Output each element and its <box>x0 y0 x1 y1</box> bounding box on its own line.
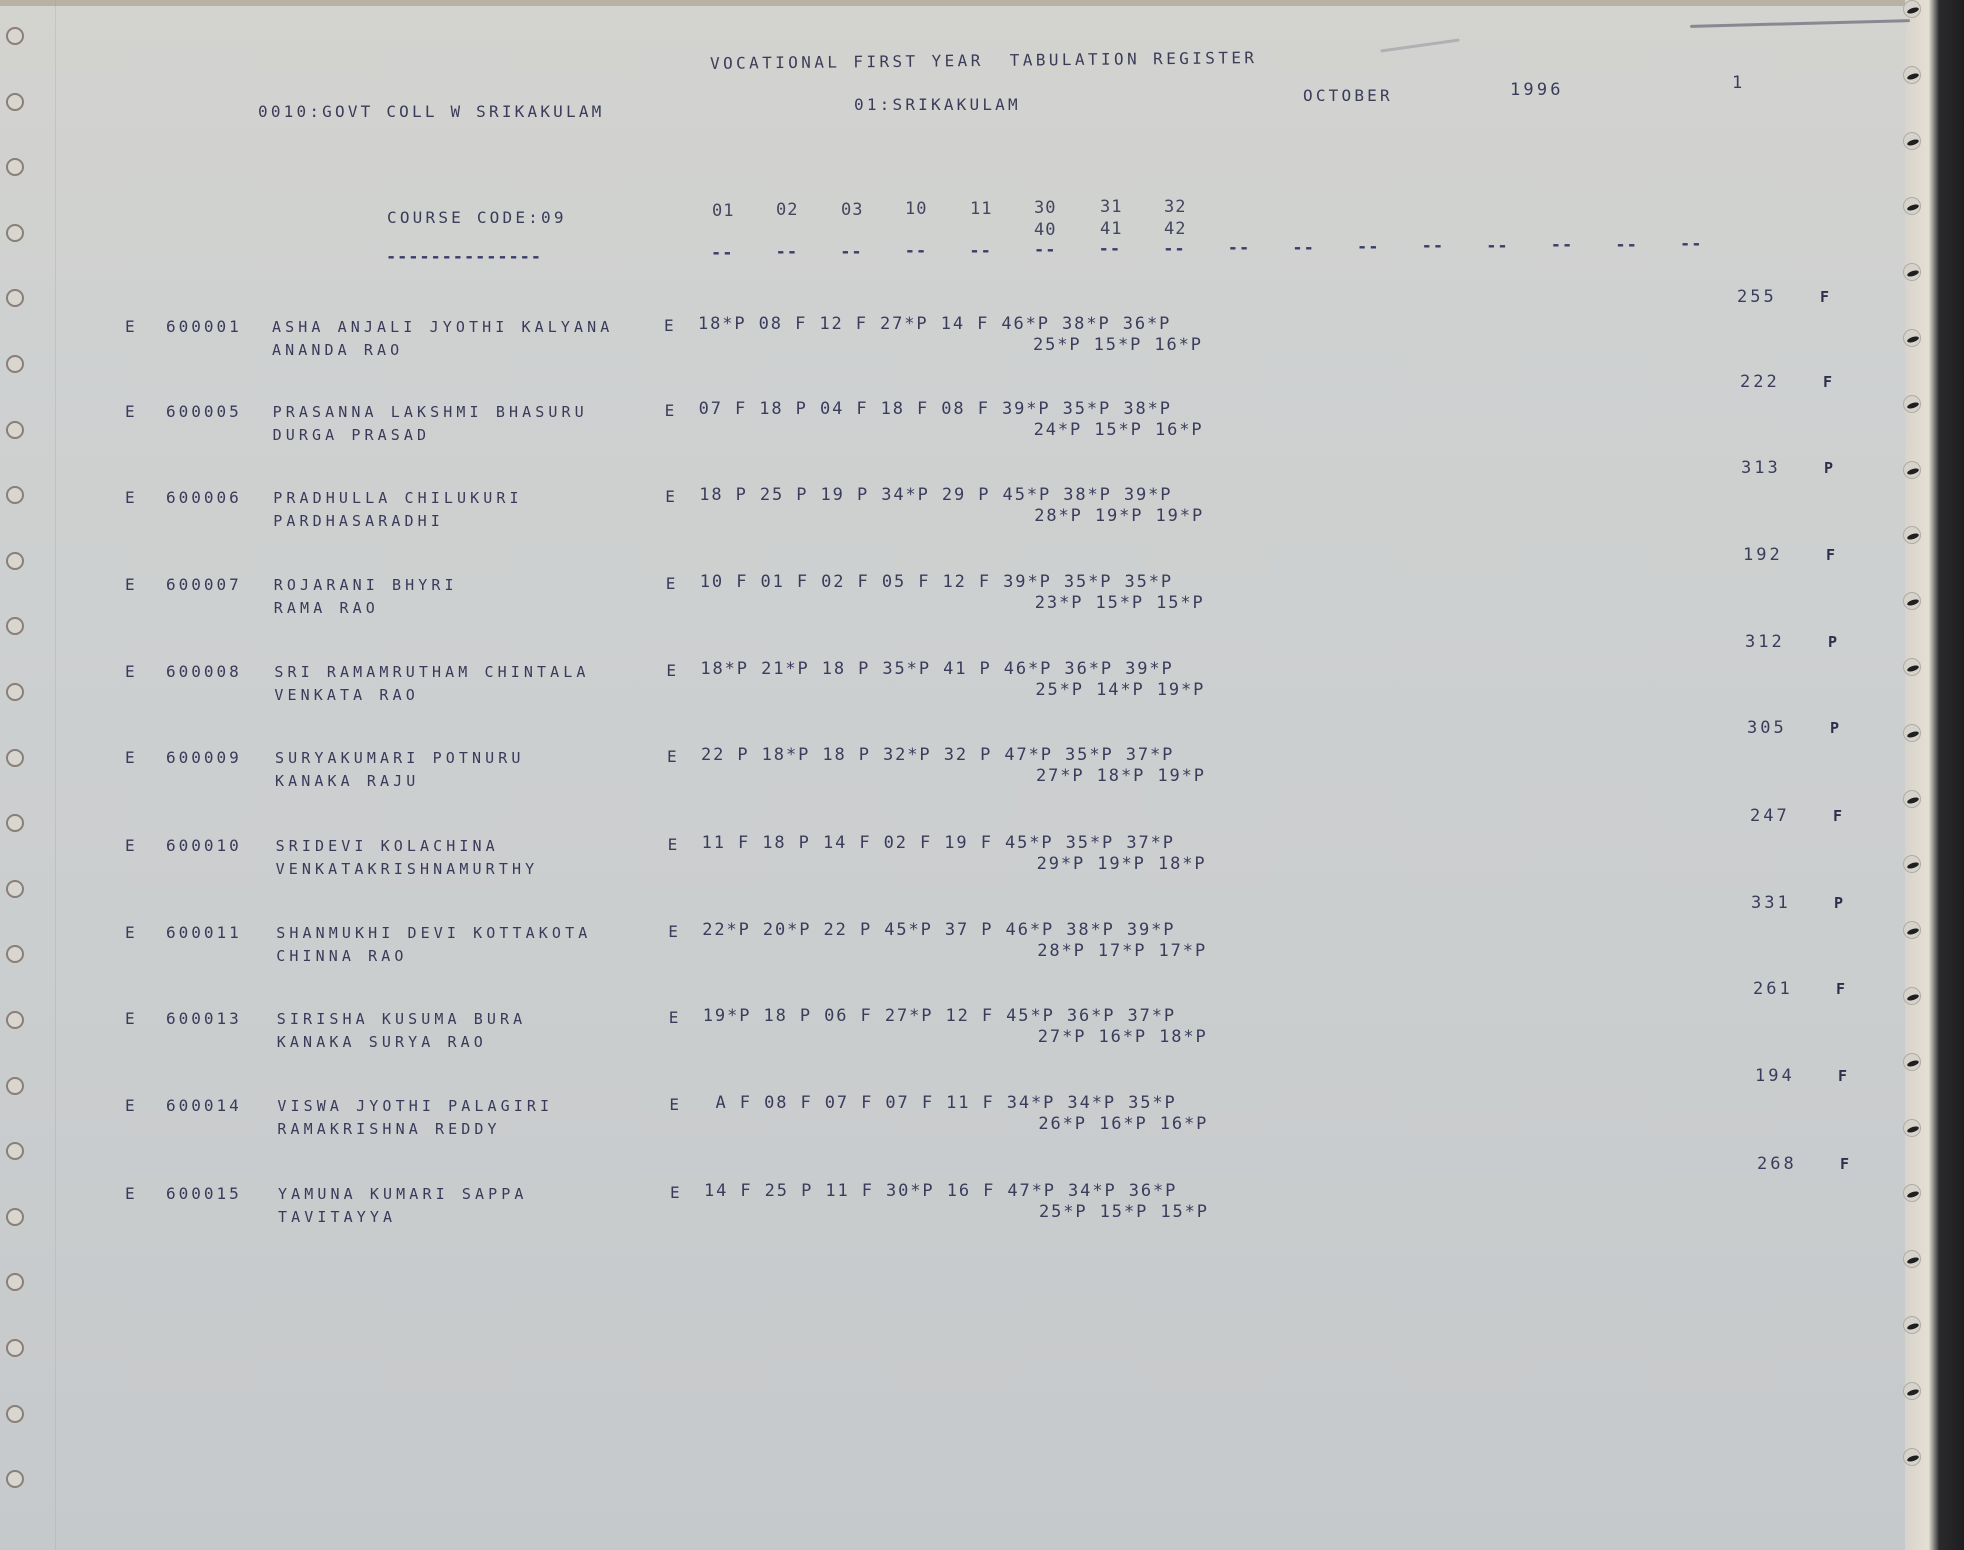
subject-marks-line2: 25*P 14*P 19*P <box>1035 681 1205 699</box>
sprocket-hole-icon <box>1903 1053 1921 1071</box>
total-marks: 331 <box>1751 894 1791 912</box>
student-name-line2: KANAKA RAJU <box>275 772 419 790</box>
subject-marks-line1: 22*P 20*P 22 P 45*P 37 P 46*P 38*P 39*P <box>702 921 1175 939</box>
total-marks: 247 <box>1750 807 1790 825</box>
roll-number: 600010 <box>166 837 242 855</box>
column-separator: -- <box>1615 236 1637 254</box>
sprocket-hole-icon <box>6 355 24 373</box>
student-name-line1: SHANMUKHI DEVI KOTTAKOTA <box>276 924 591 942</box>
student-name-line1: SRI RAMAMRUTHAM CHINTALA <box>274 663 589 681</box>
sprocket-hole-icon <box>1903 987 1921 1005</box>
student-category: E <box>125 837 138 855</box>
sprocket-hole-icon <box>6 93 24 111</box>
subject-code: 31 <box>1100 198 1122 216</box>
subject-marks-line2: 25*P 15*P 15*P <box>1039 1203 1209 1221</box>
paper-top-edge <box>0 0 1905 6</box>
roll-number: 600007 <box>166 576 242 594</box>
course-code: COURSE CODE:09 <box>387 209 567 227</box>
student-name-line1: SIRISHA KUSUMA BURA <box>277 1010 526 1028</box>
medium-code: E <box>670 1184 683 1202</box>
student-category: E <box>125 1097 138 1115</box>
result-status: F <box>1820 288 1832 306</box>
sprocket-hole-icon <box>1903 329 1921 347</box>
total-marks: 312 <box>1745 633 1785 651</box>
sprocket-hole-icon <box>1903 658 1921 676</box>
medium-code: E <box>664 317 677 335</box>
student-name-line1: SURYAKUMARI POTNURU <box>275 749 524 767</box>
subject-marks-line1: 14 F 25 P 11 F 30*P 16 F 47*P 34*P 36*P <box>704 1182 1177 1200</box>
result-status: F <box>1836 980 1848 998</box>
student-name-line2: PARDHASARADHI <box>273 512 444 530</box>
student-name-line1: PRASANNA LAKSHMI BHASURU <box>273 403 588 421</box>
student-name-line1: VISWA JYOTHI PALAGIRI <box>277 1097 553 1115</box>
course-code-underline: -------------- <box>386 248 542 266</box>
medium-code: E <box>665 402 678 420</box>
subject-marks-line1: 18*P 08 F 12 F 27*P 14 F 46*P 38*P 36*P <box>698 315 1171 333</box>
subject-code: 02 <box>776 201 798 219</box>
roll-number: 600013 <box>166 1010 242 1028</box>
result-status: F <box>1823 373 1835 391</box>
subject-marks-line1: 18 P 25 P 19 P 34*P 29 P 45*P 38*P 39*P <box>699 486 1172 504</box>
exam-year: 1996 <box>1510 81 1564 99</box>
result-status: P <box>1834 894 1846 912</box>
subject-code: 11 <box>970 200 992 218</box>
student-category: E <box>125 318 138 336</box>
sprocket-hole-icon <box>1903 66 1921 84</box>
student-category: E <box>125 749 138 767</box>
sprocket-hole-icon <box>6 1077 24 1095</box>
column-separator: -- <box>840 243 862 261</box>
student-category: E <box>125 576 138 594</box>
medium-code: E <box>669 1009 682 1027</box>
student-name-line2: ANANDA RAO <box>272 341 403 359</box>
perforation-line <box>55 0 56 1550</box>
exam-month: OCTOBER <box>1303 87 1393 105</box>
subject-marks-line2: 24*P 15*P 16*P <box>1034 421 1204 439</box>
total-marks: 194 <box>1755 1067 1795 1085</box>
student-category: E <box>125 924 138 942</box>
result-status: P <box>1828 633 1840 651</box>
column-separator: -- <box>1551 236 1573 254</box>
column-separator: -- <box>1422 237 1444 255</box>
student-name-line2: CHINNA RAO <box>276 947 407 965</box>
sprocket-hole-icon <box>1903 790 1921 808</box>
student-category: E <box>125 1185 138 1203</box>
sprocket-hole-icon <box>6 880 24 898</box>
medium-code: E <box>668 923 681 941</box>
result-status: F <box>1840 1155 1852 1173</box>
subject-marks-line1: A F 08 F 07 F 07 F 11 F 34*P 34*P 35*P <box>703 1094 1176 1112</box>
total-marks: 192 <box>1743 546 1783 564</box>
sprocket-hole-icon <box>1903 132 1921 150</box>
district-name: 01:SRIKAKULAM <box>854 96 1021 114</box>
subject-marks-line2: 27*P 18*P 19*P <box>1036 767 1206 785</box>
total-marks: 305 <box>1747 719 1787 737</box>
subject-marks-line1: 22 P 18*P 18 P 32*P 32 P 47*P 35*P 37*P <box>701 746 1174 764</box>
result-status: P <box>1824 459 1836 477</box>
sprocket-hole-icon <box>1903 1382 1921 1400</box>
subject-marks-line1: 11 F 18 P 14 F 02 F 19 F 45*P 35*P 37*P <box>702 834 1175 852</box>
column-separator: -- <box>1357 238 1379 256</box>
sprocket-hole-icon <box>1903 1316 1921 1334</box>
roll-number: 600011 <box>166 924 242 942</box>
student-category: E <box>125 403 138 421</box>
subject-code: 10 <box>905 200 927 218</box>
sprocket-hole-icon <box>6 421 24 439</box>
roll-number: 600009 <box>166 749 242 767</box>
sprocket-hole-icon <box>6 683 24 701</box>
student-name-line1: SRIDEVI KOLACHINA <box>276 837 499 855</box>
sprocket-hole-icon <box>6 1011 24 1029</box>
student-name-line2: RAMAKRISHNA REDDY <box>277 1120 500 1138</box>
column-separator: -- <box>1292 239 1314 257</box>
subject-code: 32 <box>1164 198 1186 216</box>
result-status: F <box>1826 546 1838 564</box>
roll-number: 600005 <box>166 403 242 421</box>
student-name-line1: ROJARANI BHYRI <box>274 576 458 594</box>
column-separator: -- <box>905 242 927 260</box>
student-name-line2: VENKATAKRISHNAMURTHY <box>276 860 539 878</box>
subject-code-secondary: 41 <box>1100 220 1122 238</box>
sprocket-hole-icon <box>6 552 24 570</box>
total-marks: 222 <box>1740 373 1780 391</box>
column-separator: -- <box>1486 237 1508 255</box>
total-marks: 255 <box>1737 288 1777 306</box>
student-name-line2: KANAKA SURYA RAO <box>277 1033 487 1051</box>
subject-marks-line2: 26*P 16*P 16*P <box>1038 1115 1208 1133</box>
sprocket-hole-icon <box>1903 461 1921 479</box>
sprocket-hole-icon <box>1903 1119 1921 1137</box>
column-separator: -- <box>1163 240 1185 258</box>
subject-marks-line1: 10 F 01 F 02 F 05 F 12 F 39*P 35*P 35*P <box>700 573 1173 591</box>
column-separator: -- <box>776 243 798 261</box>
subject-marks-line2: 25*P 15*P 16*P <box>1033 336 1203 354</box>
subject-code: 01 <box>712 202 734 220</box>
roll-number: 600014 <box>166 1097 242 1115</box>
subject-marks-line2: 23*P 15*P 15*P <box>1035 594 1205 612</box>
subject-marks-line1: 18*P 21*P 18 P 35*P 41 P 46*P 36*P 39*P <box>700 660 1173 678</box>
sprocket-hole-icon <box>6 27 24 45</box>
student-name-line1: ASHA ANJALI JYOTHI KALYANA <box>272 318 613 336</box>
subject-code-secondary: 42 <box>1164 220 1186 238</box>
sprocket-hole-icon <box>6 1339 24 1357</box>
sprocket-hole-icon <box>6 749 24 767</box>
student-category: E <box>125 489 138 507</box>
student-name-line2: TAVITAYYA <box>278 1208 396 1226</box>
result-status: F <box>1833 807 1845 825</box>
medium-code: E <box>666 575 679 593</box>
result-status: P <box>1830 719 1842 737</box>
column-separator: -- <box>1228 239 1250 257</box>
sprocket-hole-icon <box>1903 395 1921 413</box>
sprocket-hole-icon <box>6 1405 24 1423</box>
student-category: E <box>125 1010 138 1028</box>
subject-marks-line1: 19*P 18 P 06 F 27*P 12 F 45*P 36*P 37*P <box>703 1007 1176 1025</box>
roll-number: 600015 <box>166 1185 242 1203</box>
medium-code: E <box>669 1096 682 1114</box>
medium-code: E <box>667 748 680 766</box>
subject-marks-line2: 28*P 17*P 17*P <box>1037 942 1207 960</box>
sprocket-hole-icon <box>1903 724 1921 742</box>
subject-marks-line2: 28*P 19*P 19*P <box>1034 507 1204 525</box>
subject-marks-line1: 07 F 18 P 04 F 18 F 08 F 39*P 35*P 38*P <box>699 400 1172 418</box>
total-marks: 268 <box>1757 1155 1797 1173</box>
result-status: F <box>1838 1067 1850 1085</box>
column-separator: -- <box>711 244 733 262</box>
page-number: 1 <box>1732 74 1745 92</box>
total-marks: 313 <box>1741 459 1781 477</box>
sprocket-hole-icon <box>1903 0 1921 18</box>
student-category: E <box>125 663 138 681</box>
medium-code: E <box>668 836 681 854</box>
subject-code-secondary: 40 <box>1034 221 1056 239</box>
medium-code: E <box>665 488 678 506</box>
student-name-line2: RAMA RAO <box>274 599 379 617</box>
subject-code: 03 <box>841 201 863 219</box>
subject-code: 30 <box>1034 199 1056 217</box>
column-separator: -- <box>969 242 991 260</box>
roll-number: 600008 <box>166 663 242 681</box>
sprocket-hole-icon <box>1903 1448 1921 1466</box>
column-separator: -- <box>1099 240 1121 258</box>
student-name-line1: PRADHULLA CHILUKURI <box>273 489 522 507</box>
subject-marks-line2: 29*P 19*P 18*P <box>1037 855 1207 873</box>
roll-number: 600006 <box>166 489 242 507</box>
student-name-line2: VENKATA RAO <box>274 686 418 704</box>
total-marks: 261 <box>1753 980 1793 998</box>
column-separator: -- <box>1034 241 1056 259</box>
student-name-line2: DURGA PRASAD <box>273 426 431 444</box>
college-name: 0010:GOVT COLL W SRIKAKULAM <box>258 103 605 121</box>
sprocket-hole-icon <box>6 224 24 242</box>
student-name-line1: YAMUNA KUMARI SAPPA <box>278 1185 527 1203</box>
medium-code: E <box>666 662 679 680</box>
column-separator: -- <box>1680 235 1702 253</box>
sprocket-hole-icon <box>6 1208 24 1226</box>
roll-number: 600001 <box>166 318 242 336</box>
subject-marks-line2: 27*P 16*P 18*P <box>1038 1028 1208 1046</box>
